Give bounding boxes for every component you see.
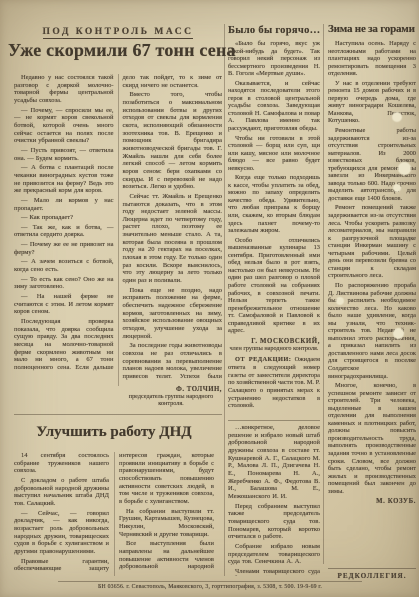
imprint-line: БН 03656. г. Севастополь, Маяковского, 3… xyxy=(58,581,362,590)
paragraph: — А зачем возиться с ботвой, когда сено … xyxy=(14,258,114,273)
article-dnd-continuation: …конкретное, деловое решение и избрало н… xyxy=(228,424,320,576)
article-hay-signature: Ф. ТОЛЧИН, председатель группы народного… xyxy=(120,386,222,408)
signature-name: Ф. ТОЛЧИН, xyxy=(120,386,222,393)
article-hay-body: Недавно у нас состоялся такой разговор с… xyxy=(14,74,222,386)
paragraph: Оказывается, и сейчас находятся последов… xyxy=(228,80,320,133)
paragraph: — Так же, как и ботва, — ответила сердит… xyxy=(14,224,114,239)
kicker-text: ПОД КОНТРОЛЬ МАСС xyxy=(43,27,194,39)
paragraph: С докладом о работе штаба добровольной н… xyxy=(14,477,109,508)
article-winter: Зима не за горами Наступила осень. Наряд… xyxy=(328,23,416,563)
paragraph: — Пусть привозят, — ответила она. — Буде… xyxy=(14,147,114,162)
paragraph: — То есть как сено? Оно же на зиму загот… xyxy=(14,276,114,291)
paragraph: Вместо того, чтобы позаботиться о максим… xyxy=(123,91,223,191)
column-divider xyxy=(323,24,324,564)
paragraph: Чтобы ни готовили в этой столовой — борщ… xyxy=(228,135,320,173)
paragraph: У нас в отделении требуют ремонта 15 дом… xyxy=(328,80,416,125)
headline-dnd: Улучшить работу ДНД xyxy=(14,424,214,441)
headline-winter: Зима не за горами xyxy=(328,23,416,35)
article-winter-body: Наступила осень. Наряду с неотложными ра… xyxy=(328,40,416,495)
signature-name: М. КОЗУБ. xyxy=(328,498,416,505)
paragraph: Сейчас тт. Жмайль и Ерещенко пытаются до… xyxy=(123,193,223,285)
article-canteen-body: «Было бы горячо, вкус уж какой-нибудь да… xyxy=(228,40,320,335)
paragraph: — Почему, — спросили мы ее, — не кормят … xyxy=(14,107,114,145)
paragraph: — Сейчас, — говорил докладчик, — как ник… xyxy=(14,510,109,556)
paragraph: …конкретное, деловое решение и избрало н… xyxy=(228,424,320,501)
paragraph: На собрании выступили тт. Грушин, Картам… xyxy=(119,508,214,539)
editors-note-text: Ожидаем ответа в следующий номер газеты … xyxy=(228,356,320,409)
paragraph: Собрание избрало новым председателем тов… xyxy=(228,543,320,566)
paragraph: Многое, конечно, в успешном ремонте зави… xyxy=(328,382,416,495)
paragraph: «Было бы горячо, вкус уж какой-нибудь да… xyxy=(228,40,320,78)
column-divider xyxy=(224,24,225,576)
editors-note-label: ОТ РЕДАКЦИИ: xyxy=(235,356,291,363)
article-canteen: Было бы горячо… «Было бы горячо, вкус уж… xyxy=(228,25,320,417)
paragraph: — А ботва с плантаций после чеканки вино… xyxy=(14,164,114,195)
paper-stain xyxy=(336,297,344,305)
paragraph: Членами товарищеского суда избраны тт. П… xyxy=(228,568,320,576)
signature-name: Г. МОСКОВСКИЙ, xyxy=(228,338,320,345)
paragraph: Наступила осень. Наряду с неотложными ра… xyxy=(328,40,416,78)
paragraph: Перед собранием выступил также председат… xyxy=(228,503,320,541)
paper-stain xyxy=(393,184,401,192)
paper-stain xyxy=(392,112,402,122)
editors-note: ОТ РЕДАКЦИИ: Ожидаем ответа в следующий … xyxy=(228,356,320,410)
article-dnd-body: 14 сентября состоялось собрание труженик… xyxy=(14,452,214,576)
section-divider xyxy=(228,420,320,421)
section-divider xyxy=(14,414,222,415)
paragraph: Особо отличились вышеназванные кулинары … xyxy=(228,237,320,335)
paragraph: Недавно у нас состоялся такой разговор с… xyxy=(14,74,114,105)
headline-canteen: Было бы горячо… xyxy=(228,25,320,36)
signature-title: председатель группы народного контроля. xyxy=(120,393,222,408)
paragraph: — Мало ли кормов у нас пропадает. xyxy=(14,197,114,212)
redkollegia: РЕДКОЛЛЕГИЯ. xyxy=(328,568,416,580)
paper-stain xyxy=(393,328,404,339)
paragraph: Когда еще только подходишь к кассе, чтоб… xyxy=(228,174,320,234)
paper-stain xyxy=(398,162,411,175)
paragraph: Пока еще не поздно, надо исправить полож… xyxy=(123,287,223,341)
newspaper-page: ПОД КОНТРОЛЬ МАСС Уже скормили 67 тонн с… xyxy=(0,0,419,597)
signature-title: член группы народного контроля. xyxy=(228,345,320,352)
kicker: ПОД КОНТРОЛЬ МАСС xyxy=(14,27,222,37)
paragraph: — На нашей ферме не считаются с этим. И … xyxy=(14,293,114,316)
paragraph: — Почему же ее не привозят на ферму? xyxy=(14,241,114,256)
paragraph: — Как пропадает? xyxy=(14,214,114,222)
headline-hay: Уже скормили 67 тонн сена xyxy=(8,40,226,61)
paragraph: Ремонт помещений также задерживается из-… xyxy=(328,204,416,279)
paragraph: 14 сентября состоялось собрание труженик… xyxy=(14,452,109,475)
